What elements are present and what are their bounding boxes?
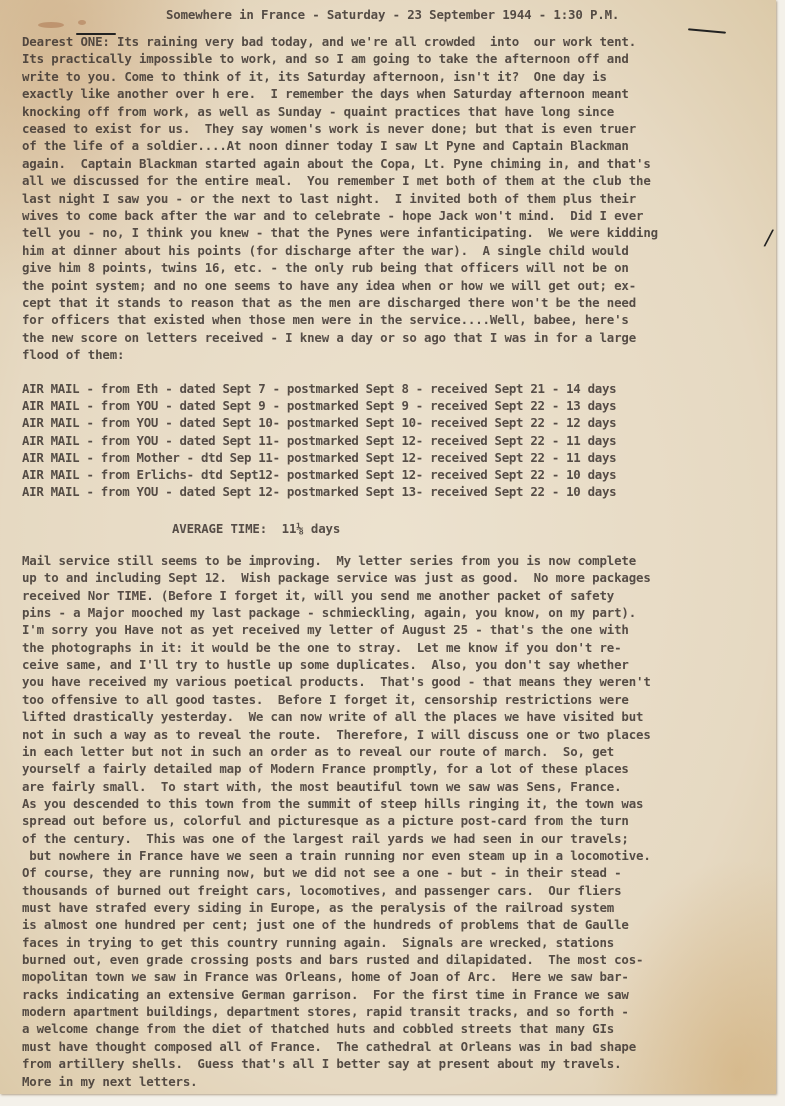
text-line: from artillery shells. Guess that's all … [22,1055,621,1072]
text-line: Mail service still seems to be improving… [22,552,636,569]
text-line: the photographs in it: it would be the o… [22,639,621,656]
text-line: flood of them: [22,346,124,363]
mail-log-row: AIR MAIL - from YOU - dated Sept 10- pos… [22,414,616,431]
stain-mark [38,22,64,28]
text-line: lifted drastically yesterday. We can now… [22,708,643,725]
text-line: a welcome change from the diet of thatch… [22,1020,614,1037]
text-line: spread out before us, colorful and pictu… [22,812,629,829]
text-line: Its practically impossible to work, and … [22,50,629,67]
letter-heading: Somewhere in France - Saturday - 23 Sept… [166,6,619,23]
text-line: ceased to exist for us. They say women's… [22,120,636,137]
text-line: yourself a fairly detailed map of Modern… [22,760,629,777]
text-line: tell you - no, I think you knew - that t… [22,224,658,241]
average-time: AVERAGE TIME: 11⅛ days [172,520,340,537]
mail-log-row: AIR MAIL - from YOU - dated Sept 9 - pos… [22,397,616,414]
text-line: the new score on letters received - I kn… [22,329,636,346]
text-line: exactly like another over h ere. I remem… [22,85,629,102]
text-line: of the life of a soldier....At noon dinn… [22,137,629,154]
text-line: are fairly small. To start with, the mos… [22,778,621,795]
text-line: mopolitan town we saw in France was Orle… [22,968,629,985]
text-line: Dearest ONE: Its raining very bad today,… [22,33,636,50]
text-line: As you descended to this town from the s… [22,795,643,812]
mail-log-row: AIR MAIL - from Eth - dated Sept 7 - pos… [22,380,616,397]
text-line: the point system; and no one seems to ha… [22,277,636,294]
margin-pencil-mark: / [763,226,775,252]
text-line: again. Captain Blackman started again ab… [22,155,651,172]
letter-page: Somewhere in France - Saturday - 23 Sept… [0,0,776,1094]
text-line: pins - a Major mooched my last package -… [22,604,636,621]
text-line: him at dinner about his points (for disc… [22,242,629,259]
text-line: last night I saw you - or the next to la… [22,190,636,207]
text-line: faces in trying to get this country runn… [22,934,614,951]
mail-log-row: AIR MAIL - from Mother - dtd Sep 11- pos… [22,449,616,466]
stain-mark [78,20,86,25]
mail-log-row: AIR MAIL - from Erlichs- dtd Sept12- pos… [22,466,616,483]
text-line: write to you. Come to think of it, its S… [22,68,607,85]
text-line: modern apartment buildings, department s… [22,1003,629,1020]
text-line: More in my next letters. [22,1073,197,1090]
text-line: of the century. This was one of the larg… [22,830,629,847]
text-line: not in such a way as to reveal the route… [22,726,651,743]
text-line: cept that it stands to reason that as th… [22,294,636,311]
mail-log-row: AIR MAIL - from YOU - dated Sept 12- pos… [22,483,616,500]
text-line: must have thought composed all of France… [22,1038,636,1055]
text-line: received Nor TIME. (Before I forget it, … [22,587,614,604]
mail-log-row: AIR MAIL - from YOU - dated Sept 11- pos… [22,432,616,449]
text-line: I'm sorry you Have not as yet received m… [22,621,629,638]
text-line: racks indicating an extensive German gar… [22,986,629,1003]
text-line: must have strafed every siding in Europe… [22,899,614,916]
text-line: wives to come back after the war and to … [22,207,643,224]
text-line: up to and including Sept 12. Wish packag… [22,569,651,586]
text-line: burned out, even grade crossing posts an… [22,951,643,968]
pencil-underline-mark [688,28,726,33]
text-line: thousands of burned out freight cars, lo… [22,882,621,899]
text-line: but nowhere in France have we seen a tra… [22,847,651,864]
text-line: ceive same, and I'll try to hustle up so… [22,656,629,673]
text-line: Of course, they are running now, but we … [22,864,621,881]
text-line: all we discussed for the entire meal. Yo… [22,172,651,189]
text-line: for officers that existed when those men… [22,311,629,328]
text-line: you have received my various poetical pr… [22,673,651,690]
text-line: is almost one hundred per cent; just one… [22,916,629,933]
text-line: knocking off from work, as well as Sunda… [22,103,614,120]
text-line: give him 8 points, twins 16, etc. - the … [22,259,629,276]
text-line: in each letter but not in such an order … [22,743,614,760]
text-line: too offensive to all good tastes. Before… [22,691,629,708]
